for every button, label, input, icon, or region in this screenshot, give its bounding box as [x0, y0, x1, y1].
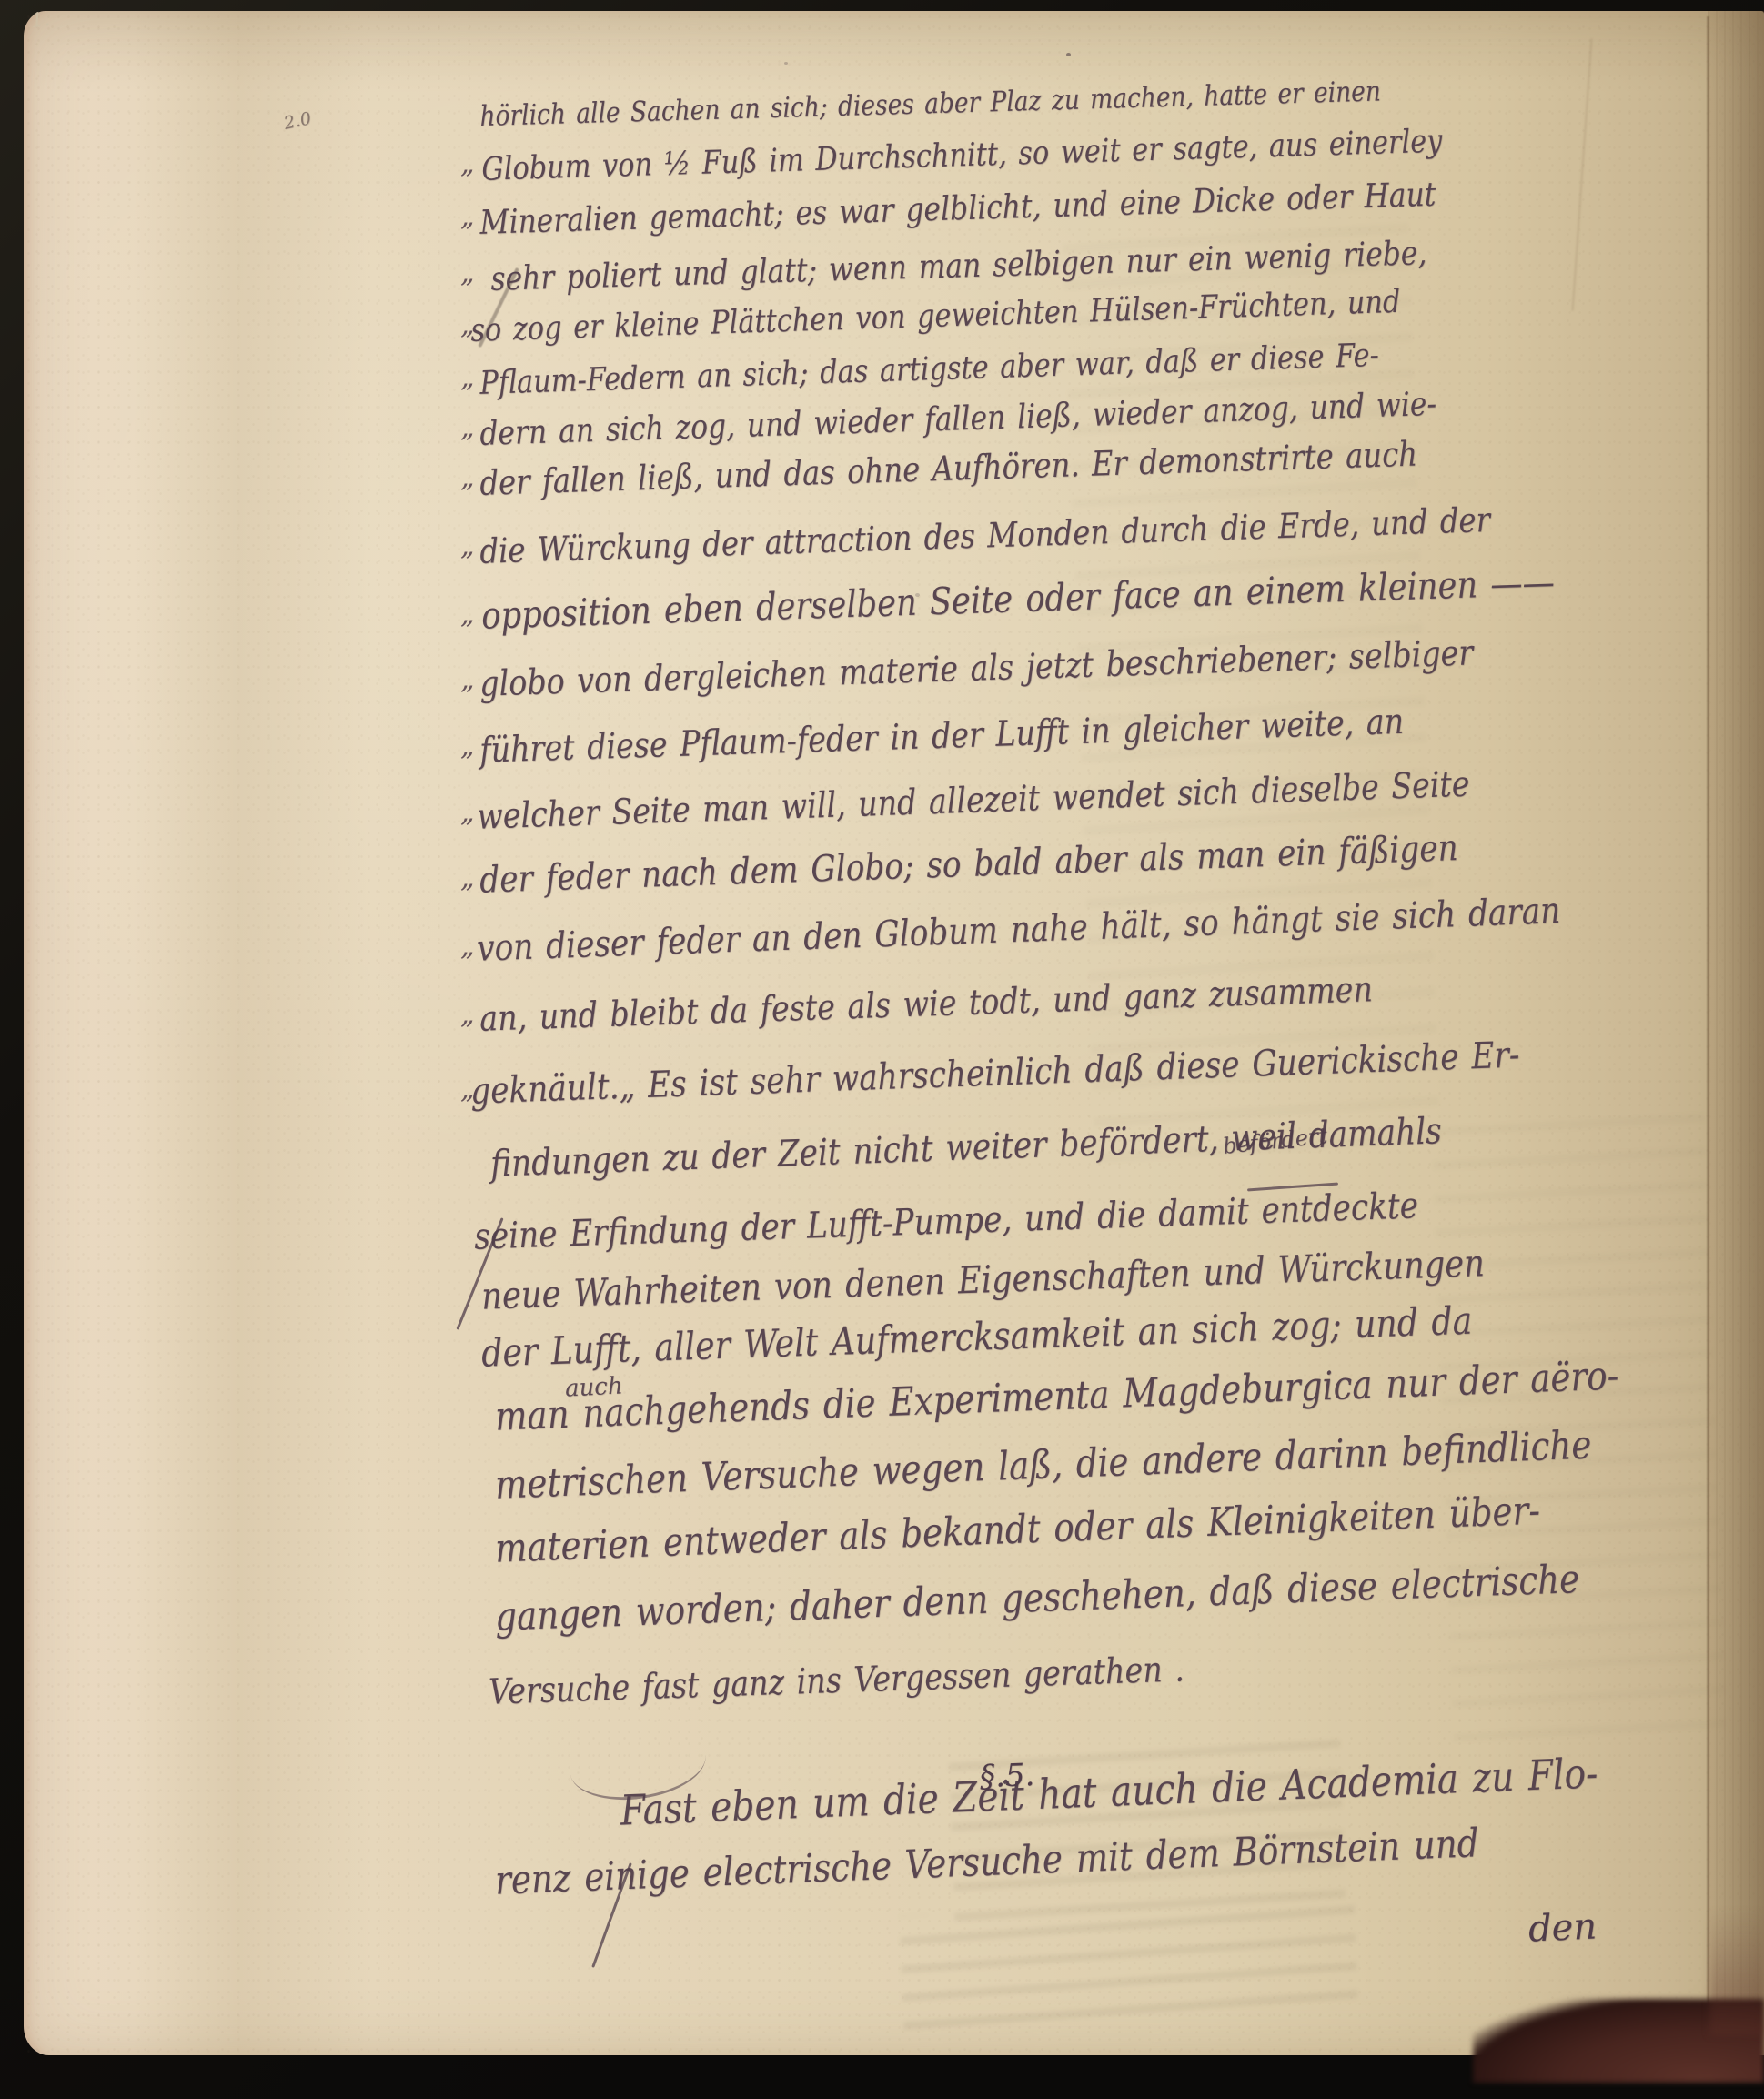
- corner-mark: 1.: [29, 8, 51, 34]
- quote-mark: „: [460, 797, 475, 829]
- manuscript-line: die Würckung der attraction des Monden d…: [479, 500, 1491, 571]
- insertion-auch: auch: [564, 1372, 623, 1402]
- manuscript-page: 2.0 hörlich alle Sachen an sich; dieses …: [24, 11, 1764, 2055]
- page-curve-shadow: [133, 11, 369, 2055]
- quote-mark: „: [460, 362, 475, 394]
- manuscript-line: der feder nach dem Globo; so bald aber a…: [479, 828, 1458, 902]
- quote-mark: „: [460, 1074, 475, 1105]
- manuscript-line: gangen worden; daher denn geschehen, daß…: [494, 1556, 1580, 1640]
- manuscript-line: hörlich alle Sachen an sich; dieses aber…: [479, 76, 1381, 133]
- quote-mark: „: [460, 462, 475, 494]
- fore-edge-band: [1708, 11, 1764, 2055]
- ink-speck: [784, 62, 788, 65]
- quote-mark: „: [460, 530, 475, 562]
- manuscript-line: opposition eben derselben Seite oder fac…: [481, 561, 1556, 638]
- quote-mark: „: [460, 412, 475, 444]
- quote-mark: „: [460, 999, 475, 1031]
- quote-mark: „: [460, 863, 475, 894]
- quote-mark: „: [460, 731, 475, 762]
- section-heading: §.5.: [979, 1757, 1035, 1795]
- ink-speck: [1066, 53, 1071, 56]
- margin-mark: 2.0: [282, 108, 313, 134]
- manuscript-line: Versuche fast ganz ins Vergessen gerathe…: [488, 1649, 1184, 1713]
- show-through-ghost: [900, 1900, 1358, 2033]
- manuscript-line: von dieser feder an den Globum nahe hält…: [476, 891, 1561, 970]
- scan-background: 2.0 hörlich alle Sachen an sich; dieses …: [0, 0, 1764, 2099]
- manuscript-line: führet diese Pflaum-feder in der Lufft i…: [479, 701, 1405, 772]
- quote-mark: „: [460, 201, 475, 233]
- manuscript-line: Mineralien gemacht; es war gelblicht, un…: [479, 175, 1436, 242]
- manuscript-line: globo von dergleichen materie als jetzt …: [479, 632, 1474, 705]
- quote-mark: „: [460, 664, 475, 696]
- quote-mark: „: [460, 599, 475, 631]
- fore-edge-crease: [1707, 16, 1709, 2046]
- manuscript-line: geknäult.„ Es ist sehr wahrscheinlich da…: [469, 1034, 1520, 1113]
- quote-mark: „: [460, 931, 475, 963]
- manuscript-line: seine Erfindung der Lufft-Pumpe, und die…: [473, 1186, 1418, 1258]
- quote-mark: „: [460, 148, 475, 180]
- manuscript-line: an, und bleibt da feste als wie todt, un…: [479, 969, 1373, 1040]
- catchword: den: [1527, 1905, 1598, 1950]
- quote-mark: „: [460, 257, 475, 289]
- quote-mark: „: [460, 309, 475, 341]
- top-right-crease: [1572, 38, 1593, 310]
- manuscript-line: welcher Seite man will, und allezeit wen…: [476, 763, 1470, 838]
